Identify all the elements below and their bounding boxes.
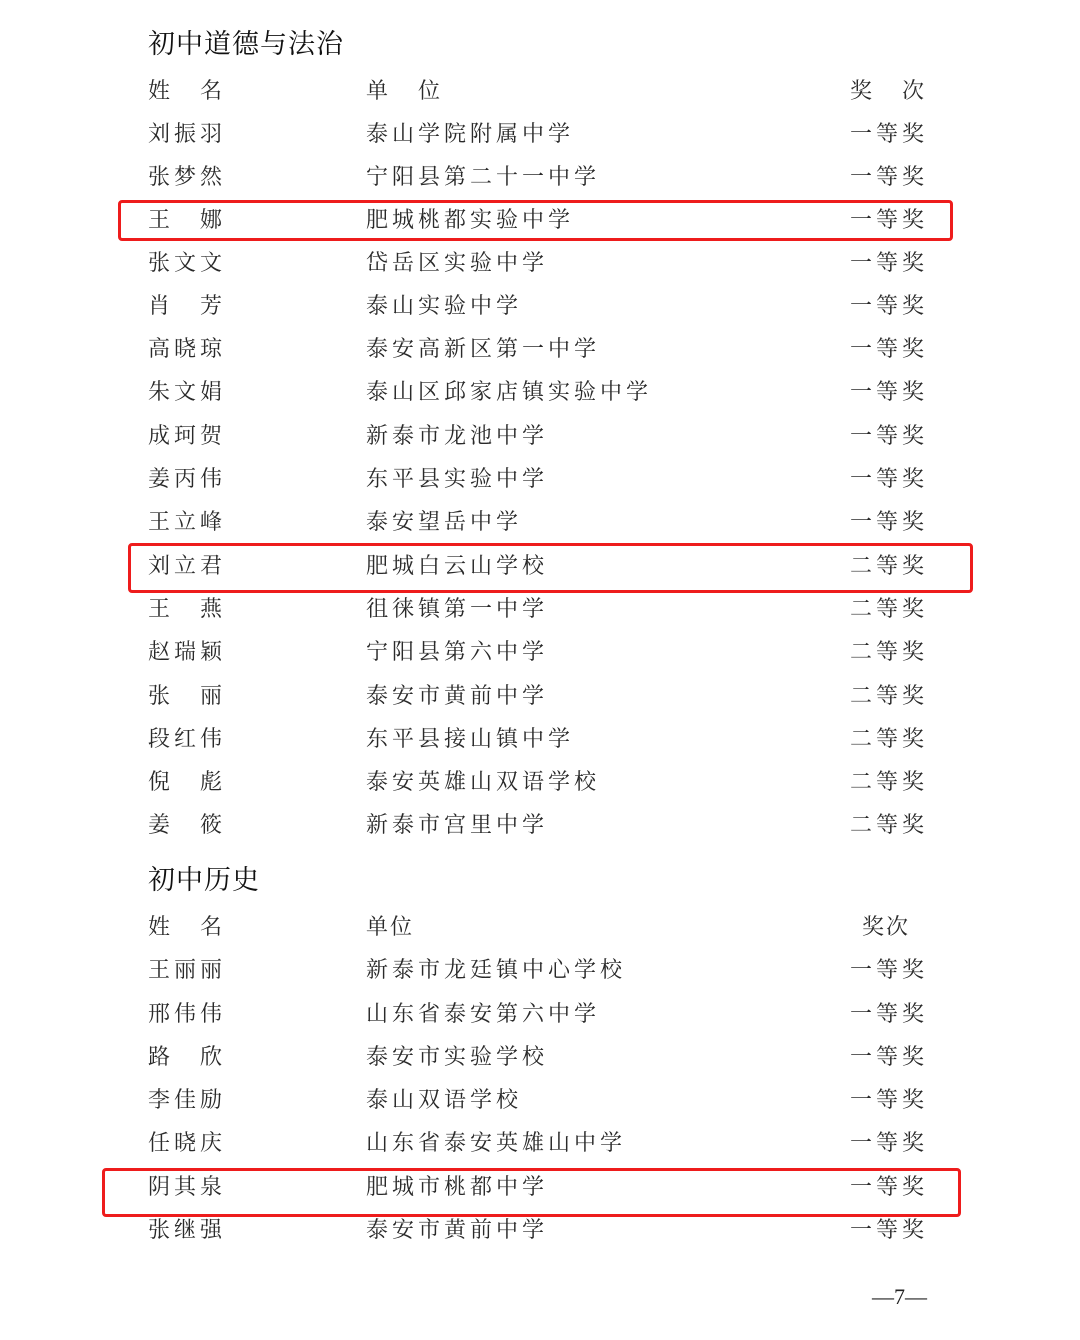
table-row: 段红伟 东平县接山镇中学 二等奖 (0, 718, 1080, 761)
award-cell: 一等奖 (850, 242, 928, 285)
unit-cell: 宁阳县第二十一中学 (366, 156, 600, 199)
name-cell: 朱文娟 (148, 371, 226, 414)
award-cell: 二等奖 (850, 761, 928, 804)
unit-cell: 新泰市宫里中学 (366, 804, 548, 847)
name-cell: 赵瑞颖 (148, 631, 226, 674)
table-row: 赵瑞颖 宁阳县第六中学 二等奖 (0, 631, 1080, 674)
award-cell: 一等奖 (850, 371, 928, 414)
name-cell: 邢伟伟 (148, 993, 226, 1036)
unit-cell: 山东省泰安第六中学 (366, 993, 600, 1036)
table-row: 姜丙伟 东平县实验中学 一等奖 (0, 458, 1080, 501)
award-cell: 一等奖 (850, 949, 928, 992)
award-cell: 二等奖 (850, 718, 928, 761)
highlight-box (128, 543, 973, 593)
unit-cell: 山东省泰安英雄山中学 (366, 1122, 626, 1165)
name-cell: 王丽丽 (148, 949, 226, 992)
column-header-name: 姓 名 (148, 906, 226, 949)
highlight-box (118, 200, 953, 241)
table-header-row: 姓 名 单 位 奖 次 (0, 70, 1080, 113)
award-cell: 一等奖 (850, 285, 928, 328)
name-cell: 刘振羽 (148, 113, 226, 156)
name-cell: 路 欣 (148, 1036, 226, 1079)
name-cell: 王立峰 (148, 501, 226, 544)
column-header-unit: 单 位 (366, 70, 444, 113)
name-cell: 姜丙伟 (148, 458, 226, 501)
award-cell: 一等奖 (850, 113, 928, 156)
table-row: 高晓琼 泰安高新区第一中学 一等奖 (0, 328, 1080, 371)
award-cell: 二等奖 (850, 631, 928, 674)
unit-cell: 徂徕镇第一中学 (366, 588, 548, 631)
award-cell: 一等奖 (850, 156, 928, 199)
table-row: 王立峰 泰安望岳中学 一等奖 (0, 501, 1080, 544)
unit-cell: 东平县接山镇中学 (366, 718, 574, 761)
table-row: 任晓庆 山东省泰安英雄山中学 一等奖 (0, 1122, 1080, 1165)
unit-cell: 岱岳区实验中学 (366, 242, 548, 285)
table-row: 倪 彪 泰安英雄山双语学校 二等奖 (0, 761, 1080, 804)
table-row: 成珂贺 新泰市龙池中学 一等奖 (0, 415, 1080, 458)
unit-cell: 泰山区邱家店镇实验中学 (366, 371, 652, 414)
award-cell: 一等奖 (850, 1036, 928, 1079)
column-header-name: 姓 名 (148, 70, 226, 113)
name-cell: 张梦然 (148, 156, 226, 199)
table-row: 朱文娟 泰山区邱家店镇实验中学 一等奖 (0, 371, 1080, 414)
award-cell: 二等奖 (850, 804, 928, 847)
unit-cell: 泰安市实验学校 (366, 1036, 548, 1079)
table-header-row: 姓 名 单位 奖次 (0, 906, 1080, 949)
name-cell: 段红伟 (148, 718, 226, 761)
name-cell: 倪 彪 (148, 761, 226, 804)
table-row: 邢伟伟 山东省泰安第六中学 一等奖 (0, 993, 1080, 1036)
name-cell: 高晓琼 (148, 328, 226, 371)
column-header-unit: 单位 (366, 906, 414, 949)
table-row: 肖 芳 泰山实验中学 一等奖 (0, 285, 1080, 328)
unit-cell: 泰安高新区第一中学 (366, 328, 600, 371)
table-row: 姜 筱 新泰市宫里中学 二等奖 (0, 804, 1080, 847)
table-row: 张 丽 泰安市黄前中学 二等奖 (0, 675, 1080, 718)
award-cell: 一等奖 (850, 458, 928, 501)
unit-cell: 东平县实验中学 (366, 458, 548, 501)
unit-cell: 新泰市龙廷镇中心学校 (366, 949, 626, 992)
table-row: 路 欣 泰安市实验学校 一等奖 (0, 1036, 1080, 1079)
name-cell: 李佳励 (148, 1079, 226, 1122)
name-cell: 任晓庆 (148, 1122, 226, 1165)
unit-cell: 泰山双语学校 (366, 1079, 522, 1122)
name-cell: 姜 筱 (148, 804, 226, 847)
unit-cell: 泰山学院附属中学 (366, 113, 574, 156)
award-cell: 一等奖 (850, 1079, 928, 1122)
award-cell: 一等奖 (850, 993, 928, 1036)
unit-cell: 泰山实验中学 (366, 285, 522, 328)
unit-cell: 泰安市黄前中学 (366, 675, 548, 718)
table-row: 王丽丽 新泰市龙廷镇中心学校 一等奖 (0, 949, 1080, 992)
award-cell: 一等奖 (850, 1122, 928, 1165)
name-cell: 肖 芳 (148, 285, 226, 328)
name-cell: 王 燕 (148, 588, 226, 631)
name-cell: 张文文 (148, 242, 226, 285)
table-row: 张梦然 宁阳县第二十一中学 一等奖 (0, 156, 1080, 199)
name-cell: 成珂贺 (148, 415, 226, 458)
unit-cell: 新泰市龙池中学 (366, 415, 548, 458)
award-cell: 二等奖 (850, 588, 928, 631)
highlight-box (102, 1168, 961, 1217)
unit-cell: 宁阳县第六中学 (366, 631, 548, 674)
award-cell: 一等奖 (850, 328, 928, 371)
section-title-morality-law: 初中道德与法治 (148, 22, 344, 61)
name-cell: 张 丽 (148, 675, 226, 718)
award-cell: 二等奖 (850, 675, 928, 718)
column-header-award: 奖次 (862, 906, 910, 949)
table-row: 王 燕 徂徕镇第一中学 二等奖 (0, 588, 1080, 631)
table-row: 刘振羽 泰山学院附属中学 一等奖 (0, 113, 1080, 156)
page-number: —7— (872, 1284, 927, 1310)
column-header-award: 奖 次 (850, 70, 928, 113)
award-cell: 一等奖 (850, 415, 928, 458)
table-row: 李佳励 泰山双语学校 一等奖 (0, 1079, 1080, 1122)
award-cell: 一等奖 (850, 501, 928, 544)
table-row: 张文文 岱岳区实验中学 一等奖 (0, 242, 1080, 285)
unit-cell: 泰安望岳中学 (366, 501, 522, 544)
section-title-history: 初中历史 (148, 858, 260, 897)
unit-cell: 泰安英雄山双语学校 (366, 761, 600, 804)
